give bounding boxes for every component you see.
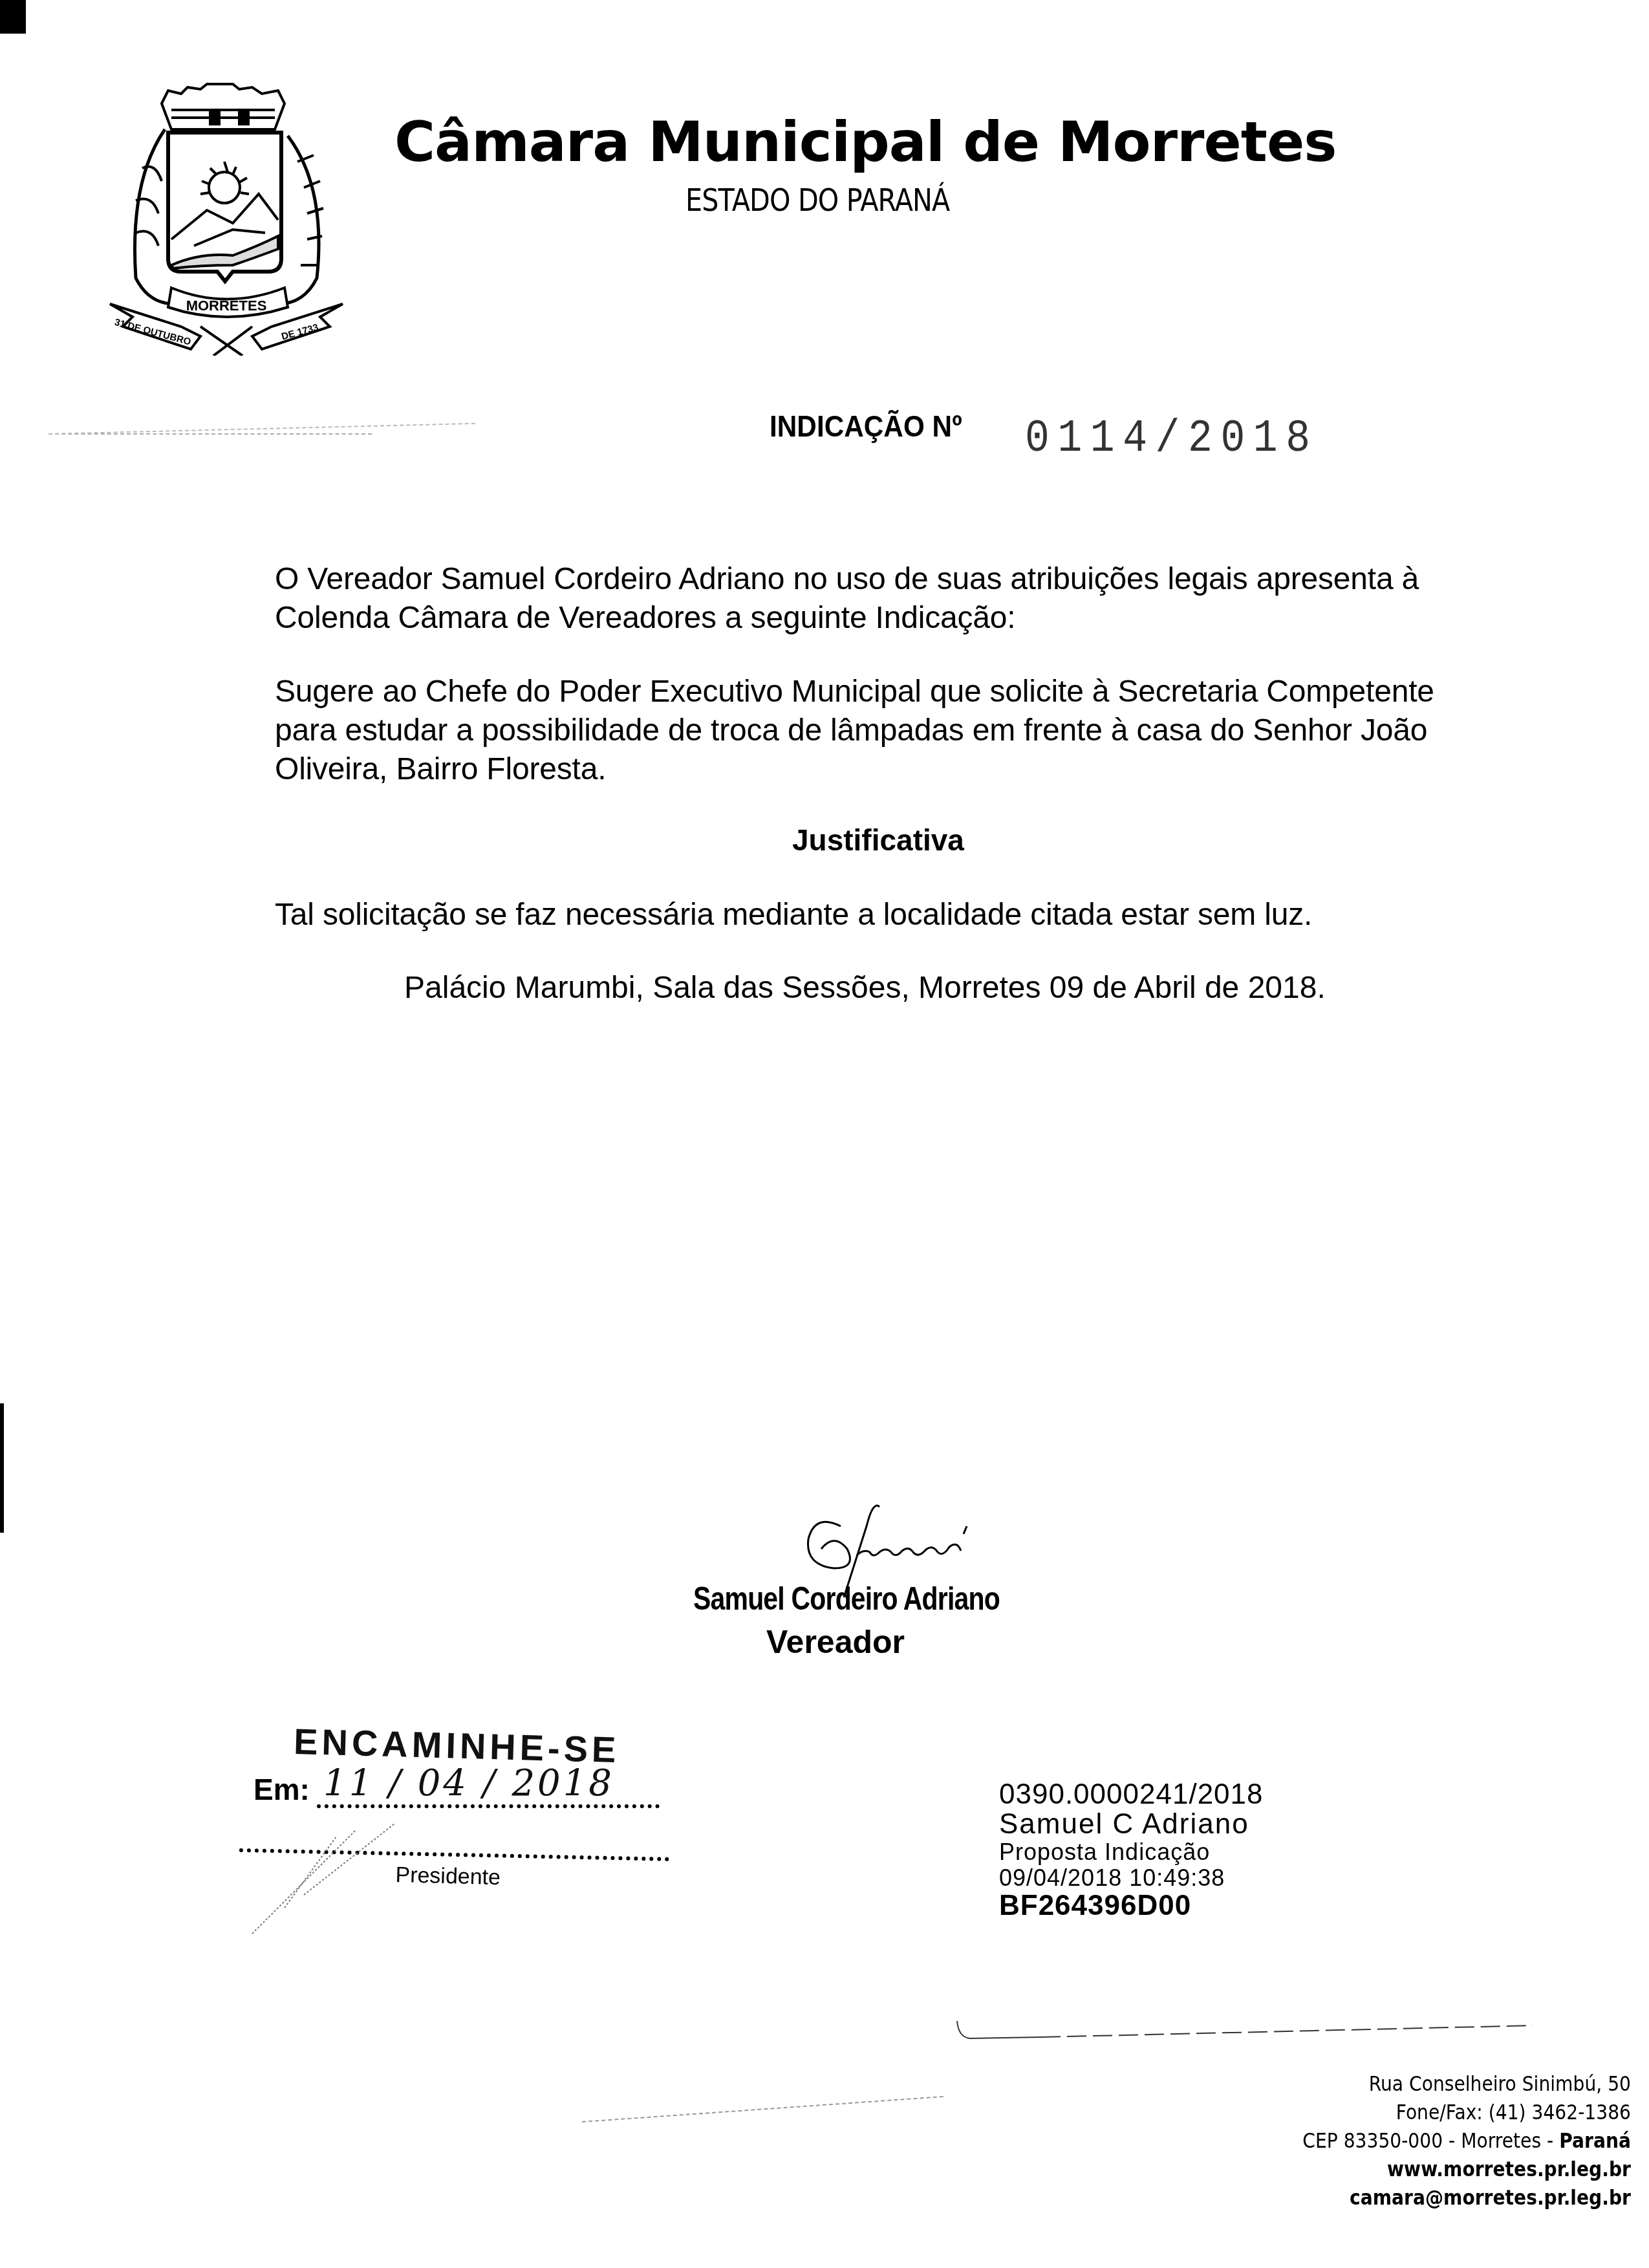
signer-name: Samuel Cordeiro Adriano xyxy=(693,1580,1000,1617)
stamp-president-label: Presidente xyxy=(395,1863,501,1890)
indicacao-number-stamp: 0114/2018 xyxy=(1025,414,1319,465)
footer-decorative-line xyxy=(951,2018,1533,2057)
municipal-coat-of-arms-icon: MORRETES 31 DE OUTUBRO DE 1733 xyxy=(103,71,349,356)
scan-artifact-line xyxy=(48,433,372,435)
footer-address: Rua Conselheiro Sinimbú, 50 xyxy=(1302,2069,1631,2098)
protocol-code: BF264396D00 xyxy=(999,1891,1264,1921)
protocol-number: 0390.0000241/2018 xyxy=(999,1780,1264,1809)
footer-website-link[interactable]: www.morretes.pr.leg.br xyxy=(1302,2155,1631,2183)
paragraph-request: Sugere ao Chefe do Poder Executivo Munic… xyxy=(275,673,1497,789)
paragraph-introduction: O Vereador Samuel Cordeiro Adriano no us… xyxy=(275,560,1497,638)
scan-artifact-corner xyxy=(0,0,26,34)
page-title: Câmara Municipal de Morretes xyxy=(394,110,1336,175)
justificativa-heading: Justificativa xyxy=(792,823,964,858)
svg-text:MORRETES: MORRETES xyxy=(186,297,267,314)
president-signature-icon xyxy=(246,1811,401,1940)
indicacao-label: INDICAÇÃO Nº xyxy=(770,409,962,444)
closing-place-date: Palácio Marumbi, Sala das Sessões, Morre… xyxy=(404,970,1326,1006)
page-subtitle: ESTADO DO PARANÁ xyxy=(685,182,949,219)
stamp-date-dotted-line xyxy=(317,1804,660,1808)
protocol-label: 0390.0000241/2018 Samuel C Adriano Propo… xyxy=(999,1780,1264,1921)
paragraph-justification: Tal solicitação se faz necessária median… xyxy=(275,896,1497,934)
signer-role: Vereador xyxy=(766,1623,905,1661)
address-footer: Rua Conselheiro Sinimbú, 50 Fone/Fax: (4… xyxy=(1302,2069,1631,2212)
footer-email-link[interactable]: camara@morretes.pr.leg.br xyxy=(1302,2183,1631,2212)
stamp-date-label: Em: xyxy=(253,1772,310,1807)
scan-artifact-edge xyxy=(0,1403,4,1533)
stamp-date-handwritten: 11 / 04 / 2018 xyxy=(323,1762,614,1804)
footer-phone: Fone/Fax: (41) 3462-1386 xyxy=(1302,2098,1631,2126)
protocol-author: Samuel C Adriano xyxy=(999,1809,1264,1839)
protocol-type: Proposta Indicação xyxy=(999,1839,1264,1865)
footer-state: Paraná xyxy=(1559,2128,1631,2153)
protocol-timestamp: 09/04/2018 10:49:38 xyxy=(999,1865,1264,1891)
footer-cep-city: CEP 83350-000 - Morretes - Paraná xyxy=(1302,2126,1631,2155)
scan-artifact-line xyxy=(582,2096,943,2122)
